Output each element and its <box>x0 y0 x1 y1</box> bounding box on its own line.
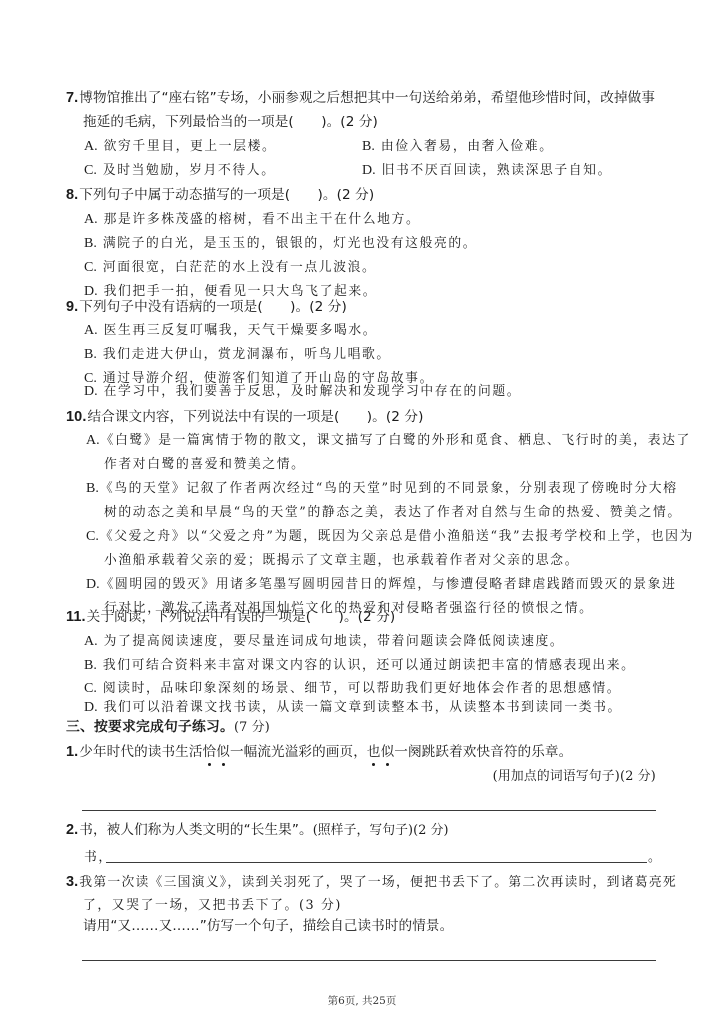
s3-item3-line1: 3.我第一次读《三国演义》，读到关羽死了，哭了一场，便把书丢下了。第二次再读时，… <box>66 873 677 892</box>
section3-score: (7 分) <box>234 720 270 735</box>
q11-number: 11. <box>66 609 86 625</box>
q11-option-b[interactable]: B.我们可结合资料来丰富对课文内容的认识，还可以通过朗读把丰富的情感表现出来。 <box>84 657 636 675</box>
option-letter: D. <box>86 577 100 592</box>
option-text: 我们可结合资料来丰富对课文内容的认识，还可以通过朗读把丰富的情感表现出来。 <box>103 658 636 673</box>
s3-item1-part2: 一幅流光溢彩的画页， <box>230 744 367 760</box>
option-letter: D. <box>84 284 98 299</box>
q8-option-b[interactable]: B.满院子的白光，是玉玉的，银银的，灯光也没有这般亮的。 <box>84 235 477 253</box>
option-letter: C. <box>84 681 97 696</box>
option-text: 医生再三反复叮嘱我，天气干燥要多喝水。 <box>104 323 378 338</box>
option-text: 旧书不厌百回读，熟读深思子自知。 <box>382 163 612 178</box>
q9-option-b[interactable]: B.我们走进大伊山，赏龙洞瀑布，听鸟儿唱歌。 <box>84 346 391 364</box>
q11-option-a[interactable]: A.为了提高阅读速度，要尽量连词成句地读，带着问题读会降低阅读速度。 <box>84 633 564 651</box>
s3-item3-line1-text: 我第一次读《三国演义》，读到关羽死了，哭了一场，便把书丢下了。第二次再读时，到诸… <box>79 875 677 890</box>
s3-item1-part3: 一阕跳跃着欢快音符的乐章。 <box>394 744 572 760</box>
q10-option-b-line1[interactable]: B.《鸟的天堂》记叙了作者两次经过“鸟的天堂”时见到的不同景象，分别表现了傍晚时… <box>86 480 678 498</box>
q10-option-d-line1[interactable]: D.《圆明园的毁灭》用诸多笔墨写圆明园昔日的辉煌，与惨遭侵略者肆虐践踏而毁灭的景… <box>86 576 677 594</box>
option-letter: C. <box>84 163 97 178</box>
s3-item1-part1: 少年时代的读书生活 <box>79 744 202 760</box>
q8-stem-text: 下列句子中属于动态描写的一项是( )。(2 分) <box>79 187 374 203</box>
s3-item1-number: 1. <box>66 744 78 760</box>
q9-number: 9. <box>66 299 78 315</box>
q7-number: 7. <box>66 90 78 106</box>
s3-item2-answer-suffix: 。 <box>648 849 662 867</box>
option-text: 《白鹭》是一篇寓情于物的散文，课文描写了白鹭的外形和觅食、栖息、飞行时的美，表达… <box>101 433 691 448</box>
option-text: 在学习中，我们要善于反思，及时解决和发现学习中存在的问题。 <box>104 384 522 399</box>
option-letter: A. <box>84 139 98 154</box>
q7-option-d[interactable]: D.旧书不厌百回读，熟读深思子自知。 <box>362 162 612 180</box>
q7-option-b[interactable]: B.由俭入奢易，由奢入俭难。 <box>362 138 554 156</box>
q11-option-c[interactable]: C.阅读时，品味印象深刻的场景、细节，可以帮助我们更好地体会作者的思想感情。 <box>84 680 621 698</box>
q10-stem: 10.结合课文内容，下列说法中有误的一项是( )。(2 分) <box>66 408 424 426</box>
option-text: 满院子的白光，是玉玉的，银银的，灯光也没有这般亮的。 <box>103 236 477 251</box>
option-text: 我们把手一拍，便看见一只大鸟飞了起来。 <box>104 284 378 299</box>
option-text: 为了提高阅读速度，要尽量连词成句地读，带着问题读会降低阅读速度。 <box>104 634 565 649</box>
q10-number: 10. <box>66 409 86 425</box>
q11-stem-text: 关于阅读，下列说法中有误的一项是( )。(2 分) <box>87 609 396 625</box>
option-letter: C. <box>84 260 97 275</box>
option-letter: D. <box>362 163 376 178</box>
s3-item2-text: 2.书，被人们称为人类文明的“长生果”。(照样子，写句子)(2 分) <box>66 821 449 840</box>
option-text: 河面很宽，白茫茫的水上没有一点儿波浪。 <box>103 260 377 275</box>
s3-item2-number: 2. <box>66 822 78 838</box>
emphasis-dot-char: 也 <box>367 743 381 761</box>
s3-item1-instruction: (用加点的词语写句子)(2 分) <box>380 768 656 786</box>
s3-item2-answer-line[interactable] <box>106 862 647 863</box>
q9-option-a[interactable]: A.医生再三反复叮嘱我，天气干燥要多喝水。 <box>84 322 377 340</box>
q10-option-c-line1[interactable]: C.《父爱之舟》以“父爱之舟”为题，既因为父亲总是借小渔船送“我”去报考学校和上… <box>86 528 694 546</box>
option-text: 那是许多株茂盛的榕树，看不出主干在什么地方。 <box>104 212 421 227</box>
option-text: 《圆明园的毁灭》用诸多笔墨写圆明园昔日的辉煌，与惨遭侵略者肆虐践踏而毁灭的景象进 <box>101 577 677 592</box>
page-number-footer: 第6页, 共25页 <box>0 993 724 1008</box>
option-text: 由俭入奢易，由奢入俭难。 <box>381 139 554 154</box>
emphasis-dot-char: 似 <box>381 743 395 761</box>
s3-item3-answer-line[interactable] <box>82 960 656 961</box>
q9-option-d[interactable]: D.在学习中，我们要善于反思，及时解决和发现学习中存在的问题。 <box>84 383 521 401</box>
q7-option-c[interactable]: C.及时当勉励，岁月不待人。 <box>84 162 276 180</box>
option-text: 《鸟的天堂》记叙了作者两次经过“鸟的天堂”时见到的不同景象，分别表现了傍晚时分大… <box>100 481 678 496</box>
section3-title-text: 三、按要求完成句子练习。 <box>66 719 234 735</box>
s3-item3-line2: 了，又哭了一场，又把书丢下了。(3 分) <box>83 897 342 915</box>
option-letter: A. <box>84 634 98 649</box>
q10-option-a-line2: 作者对白鹭的喜爱和赞美之情。 <box>104 456 306 474</box>
q10-option-c-line2: 小渔船承载着父亲的爱；既揭示了文章主题，也承载着作者对父亲的思念。 <box>104 552 579 570</box>
q10-option-b-line2: 树的动态之美和早晨“鸟的天堂”的静态之美，表达了作者对自然与生命的热爱、赞美之情… <box>104 504 682 522</box>
option-letter: A. <box>86 433 100 448</box>
q11-option-d[interactable]: D.我们可以沿着课文找书读，从读一篇文章到读整本书，从读整本书到读同一类书。 <box>84 699 622 717</box>
q8-stem: 8.下列句子中属于动态描写的一项是( )。(2 分) <box>66 186 374 204</box>
emphasis-dot-char: 恰 <box>203 743 217 761</box>
dotted-word-2: 也似 <box>367 744 394 760</box>
q9-stem: 9.下列句子中没有语病的一项是( )。(2 分) <box>66 298 347 316</box>
option-text: 我们走进大伊山，赏龙洞瀑布，听鸟儿唱歌。 <box>103 347 391 362</box>
s3-item2-instruction: (照样子，写句子)(2 分) <box>313 823 449 838</box>
q10-stem-text: 结合课文内容，下列说法中有误的一项是( )。(2 分) <box>87 409 423 425</box>
q9-stem-text: 下列句子中没有语病的一项是( )。(2 分) <box>79 299 347 315</box>
exam-page: 7.博物馆推出了“座右铭”专场，小丽参观之后想把其中一句送给弟弟，希望他珍惜时间… <box>0 0 724 1024</box>
s3-item2-answer-prefix: 书， <box>84 849 113 867</box>
q7-stem-text: 博物馆推出了“座右铭”专场，小丽参观之后想把其中一句送给弟弟，希望他珍惜时间，改… <box>79 90 655 106</box>
s3-item1-answer-line[interactable] <box>82 810 656 811</box>
q10-option-a-line1[interactable]: A.《白鹭》是一篇寓情于物的散文，课文描写了白鹭的外形和觅食、栖息、飞行时的美，… <box>86 432 691 450</box>
option-letter: D. <box>84 384 98 399</box>
option-text: 阅读时，品味印象深刻的场景、细节，可以帮助我们更好地体会作者的思想感情。 <box>103 681 621 696</box>
option-text: 我们可以沿着课文找书读，从读一篇文章到读整本书，从读整本书到读同一类书。 <box>104 700 622 715</box>
option-letter: B. <box>84 658 97 673</box>
s3-item1-text: 1.少年时代的读书生活恰似一幅流光溢彩的画页，也似一阕跳跃着欢快音符的乐章。 <box>66 743 572 761</box>
s3-item3-instruction: 请用“又……又……”仿写一个句子，描绘自己读书时的情景。 <box>83 917 453 935</box>
option-letter: C. <box>86 529 99 544</box>
option-letter: D. <box>84 700 98 715</box>
q7-stem-line1: 7.博物馆推出了“座右铭”专场，小丽参观之后想把其中一句送给弟弟，希望他珍惜时间… <box>66 89 655 107</box>
option-letter: B. <box>86 481 99 496</box>
option-letter: A. <box>84 323 98 338</box>
option-letter: B. <box>362 139 375 154</box>
option-letter: B. <box>84 236 97 251</box>
s3-item2-sentence: 书，被人们称为人类文明的“长生果”。 <box>79 822 312 838</box>
option-letter: B. <box>84 347 97 362</box>
option-text: 欲穷千里目，更上一层楼。 <box>104 139 277 154</box>
section3-title: 三、按要求完成句子练习。(7 分) <box>66 718 270 737</box>
q8-option-c[interactable]: C.河面很宽，白茫茫的水上没有一点儿波浪。 <box>84 259 376 277</box>
emphasis-dot-char: 似 <box>216 743 230 761</box>
option-letter: A. <box>84 212 98 227</box>
q8-option-a[interactable]: A.那是许多株茂盛的榕树，看不出主干在什么地方。 <box>84 211 420 229</box>
q7-stem-line2: 拖延的毛病，下列最恰当的一项是( )。(2 分) <box>83 113 378 131</box>
option-text: 及时当勉励，岁月不待人。 <box>103 163 276 178</box>
q7-option-a[interactable]: A.欲穷千里目，更上一层楼。 <box>84 138 276 156</box>
q8-number: 8. <box>66 187 78 203</box>
s3-item3-number: 3. <box>66 874 78 890</box>
dotted-word-1: 恰似 <box>203 744 230 760</box>
option-text: 《父爱之舟》以“父爱之舟”为题，既因为父亲总是借小渔船送“我”去报考学校和上学，… <box>100 529 694 544</box>
q11-stem: 11.关于阅读，下列说法中有误的一项是( )。(2 分) <box>66 608 395 626</box>
